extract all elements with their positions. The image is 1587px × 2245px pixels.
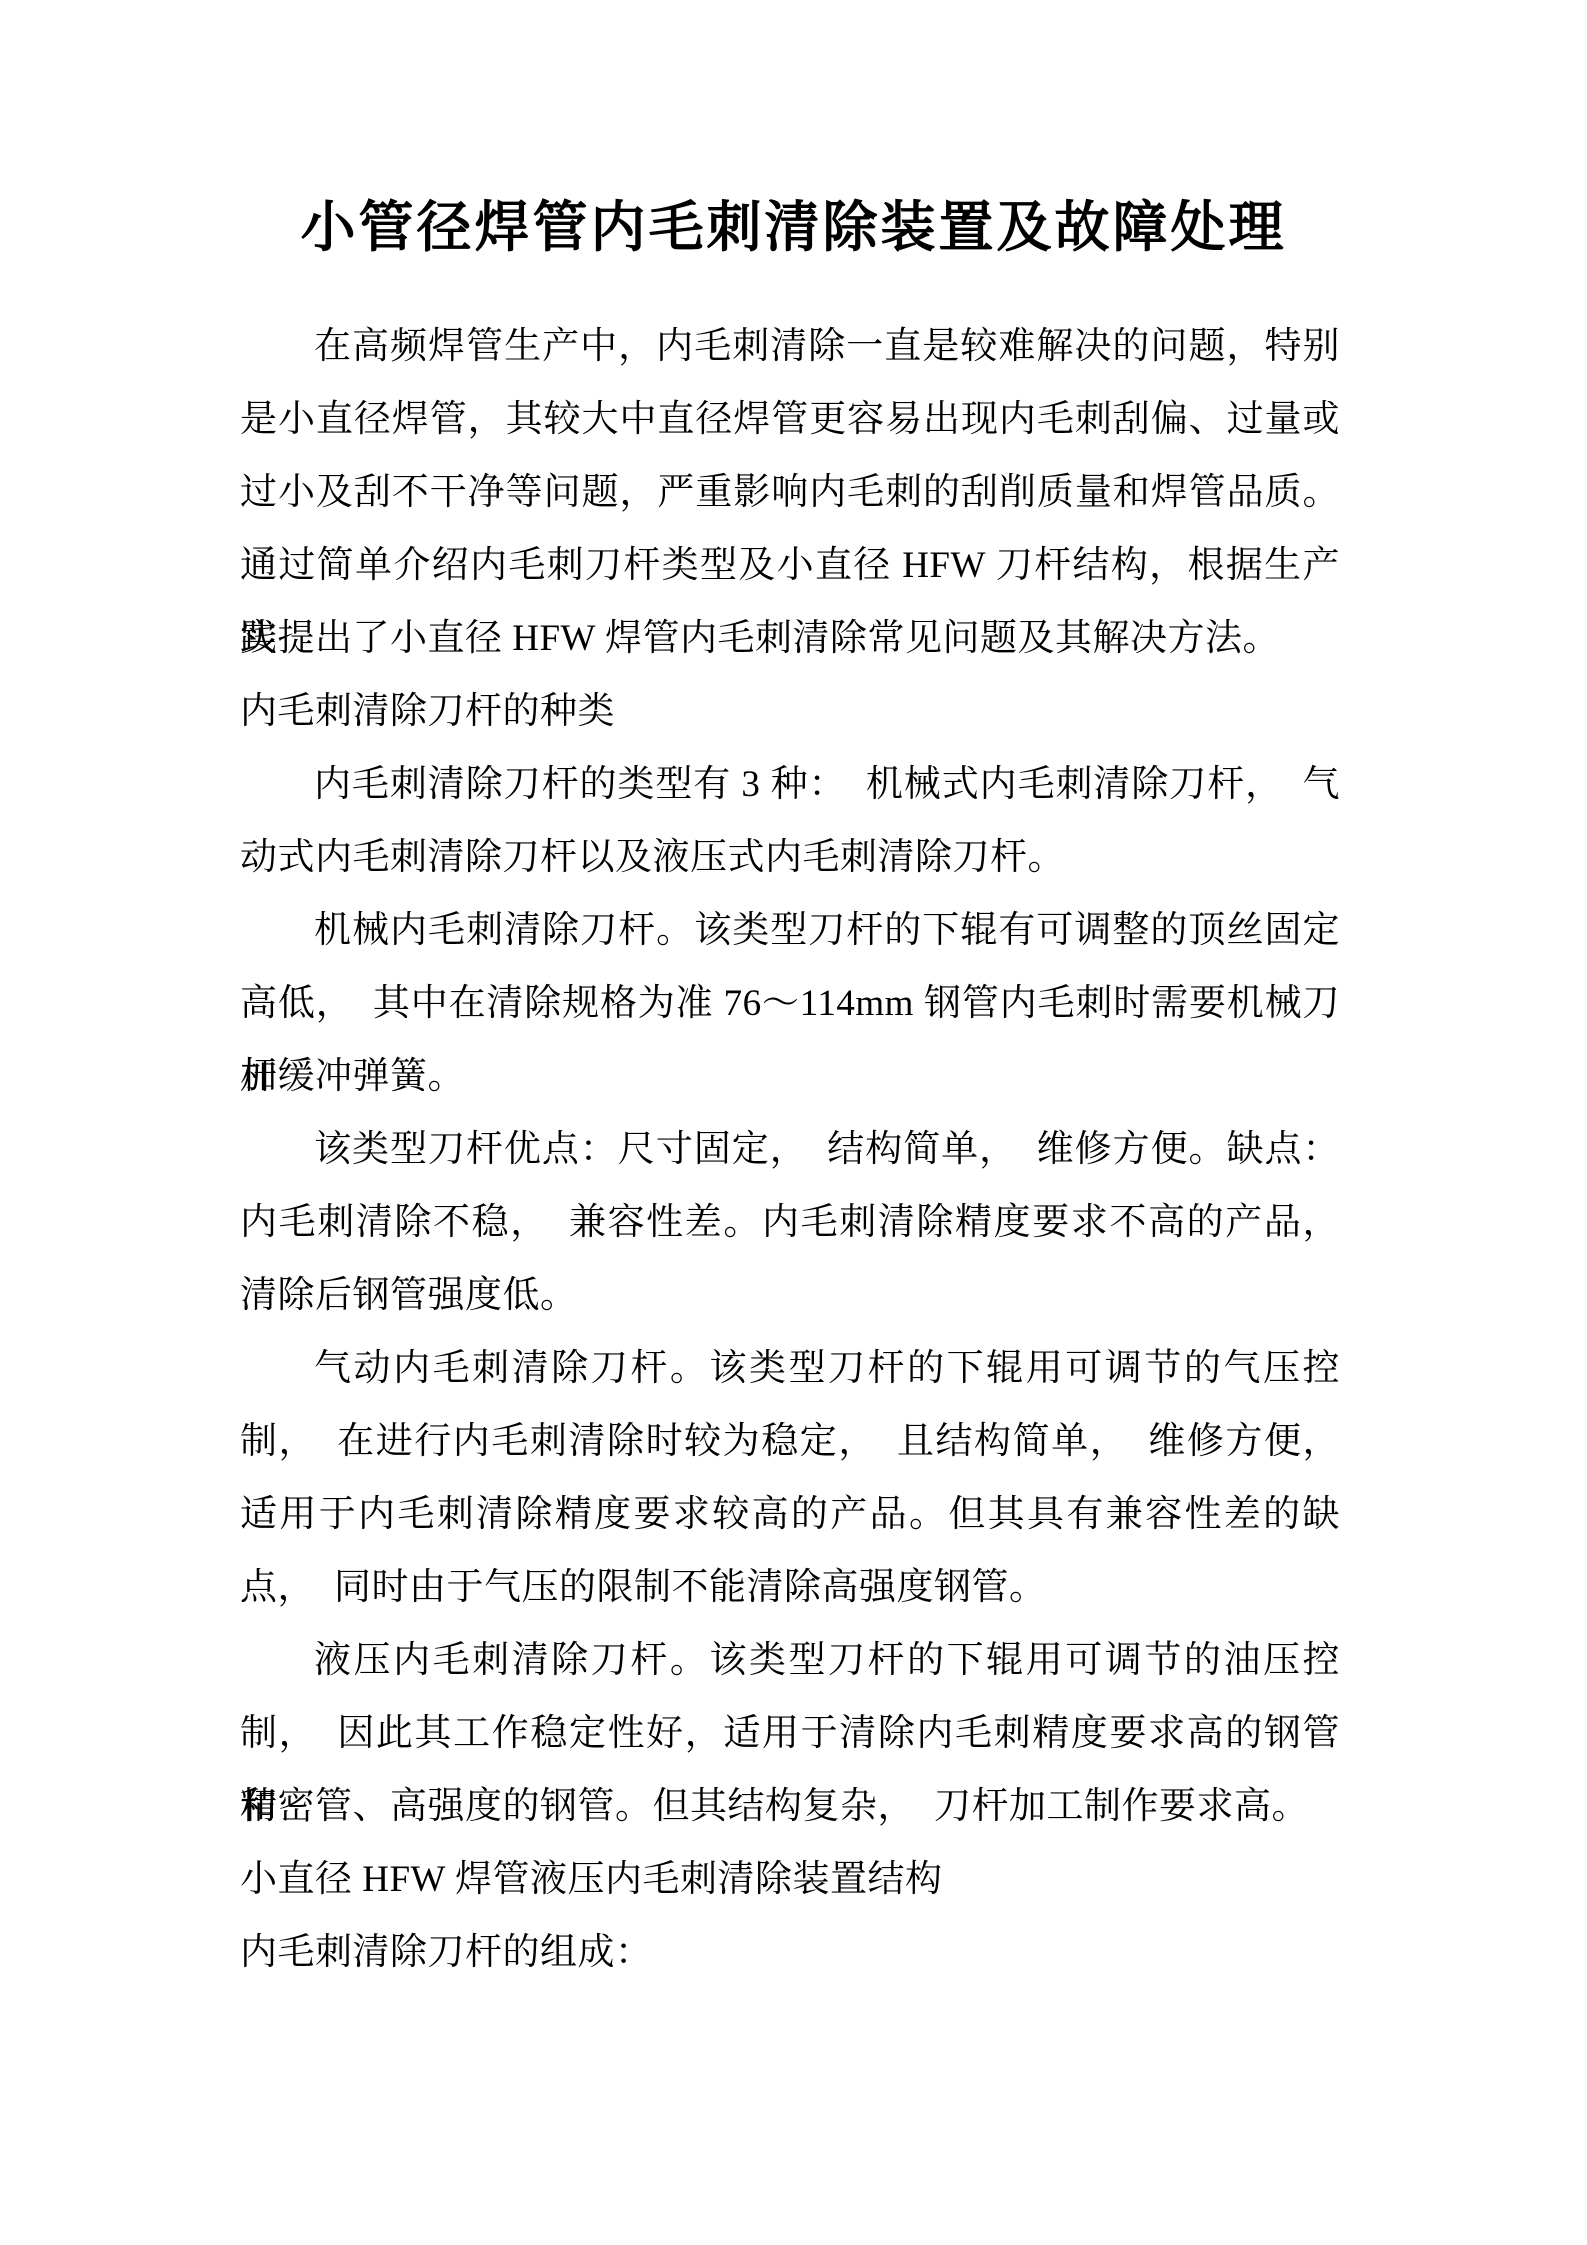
text-line: 在高频焊管生产中，内毛刺清除一直是较难解决的问题，特别 bbox=[240, 310, 1340, 383]
document-body: 在高频焊管生产中，内毛刺清除一直是较难解决的问题，特别是小直径焊管，其较大中直径… bbox=[240, 310, 1340, 1989]
document-page: 小管径焊管内毛刺清除装置及故障处理 在高频焊管生产中，内毛刺清除一直是较难解决的… bbox=[0, 0, 1587, 2245]
text-line: 内毛刺清除刀杆的种类 bbox=[240, 675, 1340, 748]
text-line: 是小直径焊管，其较大中直径焊管更容易出现内毛刺刮偏、过量或 bbox=[240, 383, 1340, 456]
text-line: 制， 在进行内毛刺清除时较为稳定， 且结构简单， 维修方便， bbox=[240, 1405, 1340, 1478]
text-line: 高低， 其中在清除规格为准 76～114mm 钢管内毛刺时需要机械刀杆 bbox=[240, 967, 1340, 1040]
text-line: 该类型刀杆优点：尺寸固定， 结构简单， 维修方便。缺点： bbox=[240, 1113, 1340, 1186]
text-line: 制， 因此其工作稳定性好，适用于清除内毛刺精度要求高的钢管和 bbox=[240, 1697, 1340, 1770]
text-line: 加缓冲弹簧。 bbox=[240, 1040, 1340, 1113]
text-line: 液压内毛刺清除刀杆。该类型刀杆的下辊用可调节的油压控 bbox=[240, 1624, 1340, 1697]
text-line: 适用于内毛刺清除精度要求较高的产品。但其具有兼容性差的缺 bbox=[240, 1478, 1340, 1551]
text-line: 机械内毛刺清除刀杆。该类型刀杆的下辊有可调整的顶丝固定 bbox=[240, 894, 1340, 967]
text-line: 清除后钢管强度低。 bbox=[240, 1259, 1340, 1332]
text-line: 点， 同时由于气压的限制不能清除高强度钢管。 bbox=[240, 1551, 1340, 1624]
text-line: 通过简单介绍内毛刺刀杆类型及小直径 HFW 刀杆结构，根据生产实 bbox=[240, 529, 1340, 602]
text-line: 过小及刮不干净等问题，严重影响内毛刺的刮削质量和焊管品质。 bbox=[240, 456, 1340, 529]
text-line: 内毛刺清除刀杆的类型有 3 种： 机械式内毛刺清除刀杆， 气 bbox=[240, 748, 1340, 821]
text-line: 内毛刺清除刀杆的组成： bbox=[240, 1916, 1340, 1989]
text-line: 气动内毛刺清除刀杆。该类型刀杆的下辊用可调节的气压控 bbox=[240, 1332, 1340, 1405]
text-line: 践提出了小直径 HFW 焊管内毛刺清除常见问题及其解决方法。 bbox=[240, 602, 1340, 675]
text-line: 内毛刺清除不稳， 兼容性差。内毛刺清除精度要求不高的产品， bbox=[240, 1186, 1340, 1259]
text-line: 动式内毛刺清除刀杆以及液压式内毛刺清除刀杆。 bbox=[240, 821, 1340, 894]
document-title: 小管径焊管内毛刺清除装置及故障处理 bbox=[0, 188, 1587, 268]
text-line: 精密管、高强度的钢管。但其结构复杂， 刀杆加工制作要求高。 bbox=[240, 1770, 1340, 1843]
text-line: 小直径 HFW 焊管液压内毛刺清除装置结构 bbox=[240, 1843, 1340, 1916]
